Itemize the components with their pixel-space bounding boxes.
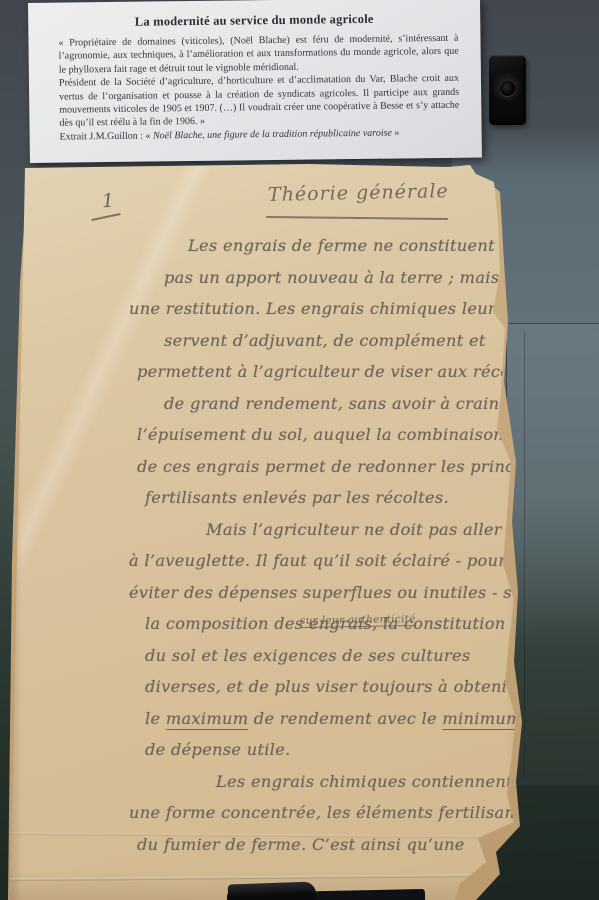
caption-card: La modernité au service du monde agricol…	[28, 0, 482, 163]
manuscript-line: de grand rendement, sans avoir à craindr…	[124, 388, 516, 420]
manuscript-line: Les engrais de ferme ne constituent	[124, 230, 516, 262]
page-number-underline	[91, 213, 121, 221]
manuscript-stack: 1 Théorie générale Les engrais de ferme …	[8, 162, 532, 900]
manuscript-text: Les engrais de ferme ne constituent pas …	[124, 230, 516, 860]
manuscript-line: fertilisants enlevés par les récoltes.	[124, 482, 516, 514]
interline-insertion: sur leur authenticité	[300, 613, 416, 628]
caption-quote-part2: Président de la Société d’agriculture, d…	[59, 72, 460, 131]
manuscript-page: 1 Théorie générale Les engrais de ferme …	[8, 162, 532, 900]
binder-clip	[228, 881, 317, 900]
manuscript-line: Les engrais chimiques contiennent sous	[124, 766, 516, 798]
manuscript-line: du fumier de ferme. C’est ainsi qu’une	[124, 829, 516, 861]
underlined-word-minimum: minimum	[442, 709, 521, 730]
mounting-bracket	[489, 55, 526, 125]
manuscript-line: à l’aveuglette. Il faut qu’il soit éclai…	[124, 545, 516, 577]
page-number: 1	[101, 190, 115, 213]
manuscript-title: Théorie générale	[268, 180, 449, 206]
caption-quote-part1: « Propriétaire de domaines (viticoles), …	[58, 32, 458, 77]
manuscript-line: Mais l’agriculteur ne doit pas aller	[124, 514, 516, 546]
paper-crease	[8, 874, 532, 882]
caption-source-prefix: Extrait J.M.Guillon : «	[60, 130, 153, 142]
manuscript-line: permettent à l’agriculteur de viser aux …	[124, 356, 516, 388]
caption-source-title: Noël Blache, une figure de la tradition …	[153, 127, 392, 141]
line-segment: le	[145, 709, 166, 728]
manuscript-line: une restitution. Les engrais chimiques l…	[124, 293, 516, 325]
manuscript-line: de dépense utile.	[124, 734, 516, 766]
line-segment: de rendement avec le	[248, 709, 442, 728]
manuscript-line: l’épuisement du sol, auquel la combinais…	[124, 419, 516, 451]
manuscript-title-underline	[266, 216, 448, 220]
archive-photo: La modernité au service du monde agricol…	[0, 0, 599, 900]
underlined-word-maximum: maximum	[166, 709, 249, 730]
manuscript-line: une forme concentrée, les éléments ferti…	[124, 797, 516, 829]
manuscript-line: servent d’adjuvant, de complément et	[124, 325, 516, 357]
manuscript-line: pas un apport nouveau à la terre ; mais	[124, 262, 516, 294]
manuscript-line: de ces engrais permet de redonner les pr…	[124, 451, 516, 483]
bracket-screw-hole	[500, 81, 515, 96]
manuscript-line: diverses, et de plus viser toujours à ob…	[124, 671, 516, 703]
caption-quote: « Propriétaire de domaines (viticoles), …	[58, 32, 459, 131]
manuscript-line: du sol et les exigences de ses cultures	[124, 640, 516, 672]
caption-title: La modernité au service du monde agricol…	[36, 11, 472, 31]
caption-source-suffix: »	[392, 127, 400, 138]
manuscript-line: éviter des dépenses superflues ou inutil…	[124, 577, 516, 609]
manuscript-line-maximum-minimum: le maximum de rendement avec le minimum	[124, 703, 516, 735]
